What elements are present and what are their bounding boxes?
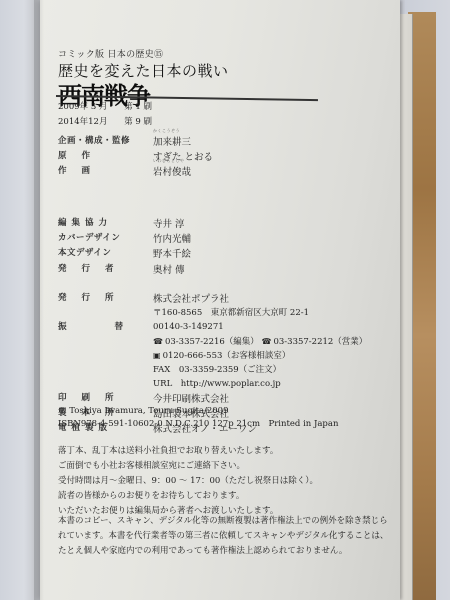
transfer-account: 00140-3-149271 xyxy=(153,320,224,334)
credit-name: 岩村俊哉 xyxy=(153,167,191,178)
print-edition: 第 9 刷 xyxy=(124,115,152,130)
production-label: 印刷所 xyxy=(58,391,150,403)
fax-line: FAX 03-3359-2359（ご注文） xyxy=(58,363,367,377)
tel-sales: 03-3357-2212（営業） xyxy=(273,337,367,347)
copy-prohibition-notice: 本書のコピー、スキャン、デジタル化等の無断複製は著作権法上での例外を除き禁じら … xyxy=(58,514,388,559)
credit-ruby: いわむらとしや xyxy=(153,158,185,164)
credit-label: 企画・構成・監修 xyxy=(58,134,150,146)
credit-label: 編集協力 xyxy=(58,216,150,228)
copyright-line: © Toshiya Iwamura, Touru Sugita/2009 xyxy=(58,405,338,418)
notice-line: 受付時間は月～金曜日、9：00 ～ 17：00（ただし祝祭日は除く）。 xyxy=(58,474,318,489)
publisher-row: 発行所 株式会社ポプラ社 xyxy=(58,291,367,306)
freedial-number: 0120-666-553（お客様相談室） xyxy=(163,351,291,361)
issuer-value: 奥村 傳 xyxy=(153,262,185,276)
credit-name: 加来耕三 xyxy=(153,137,191,148)
notice-line: 読者の皆様からのお便りをお待ちしております。 xyxy=(58,489,318,504)
returns-notice: 落丁本、乱丁本は送料小社負担でお取り替えいたします。 ご面倒でも小社お客様相談室… xyxy=(58,444,318,519)
notice-line: たとえ個人や家庭内での利用であっても著作権法上認められておりません。 xyxy=(58,544,388,559)
print-history: 2009年 3 月 第 1 刷 2014年12月 第 9 刷 xyxy=(58,100,152,130)
credit-label: 作画 xyxy=(58,164,150,176)
credit-value: 寺井 淳 xyxy=(153,216,185,230)
credit-label: カバーデザイン xyxy=(58,231,150,243)
notice-line: ご面倒でも小社お客様相談室宛にご連絡下さい。 xyxy=(58,459,318,474)
freedial-icon: ▣ xyxy=(153,349,161,363)
series-name: コミック版 日本の歴史⑮ xyxy=(58,47,163,60)
credit-value: かくこうぞう 加来耕三 xyxy=(153,134,191,148)
print-date: 2014年12月 xyxy=(58,117,107,127)
credit-value: 野本千絵 xyxy=(153,246,191,260)
credit-value: いわむらとしや 岩村俊哉 xyxy=(153,164,191,178)
telephone-icon: ☎ xyxy=(262,335,272,349)
publisher-label: 発行所 xyxy=(58,291,150,303)
publisher-name: 株式会社ポプラ社 xyxy=(153,291,229,305)
copyright-block: © Toshiya Iwamura, Touru Sugita/2009 ISB… xyxy=(58,405,338,431)
credit-label: 原作 xyxy=(58,149,150,161)
issuer-label: 発行者 xyxy=(58,262,150,274)
tel-edit: 03-3357-2216（編集） xyxy=(165,337,259,347)
freedial-line: ▣0120-666-553（お客様相談室） xyxy=(58,349,367,363)
isbn-line: ISBN978-4-591-10602-0 N.D.C.210 127p 21c… xyxy=(58,418,338,431)
colophon-page: コミック版 日本の歴史⑮ 歴史を変えた日本の戦い 西南戦争 2009年 3 月 … xyxy=(40,0,400,600)
notice-line: 落丁本、乱丁本は送料小社負担でお取り替えいたします。 xyxy=(58,444,318,459)
notice-line: れています。本書を代行業者等の第三者に依頼してスキャンやデジタル化することは、 xyxy=(58,529,388,544)
page-gutter-shadow xyxy=(34,0,44,600)
print-history-row: 2009年 3 月 第 1 刷 xyxy=(58,100,152,115)
print-date: 2009年 3 月 xyxy=(58,102,107,112)
credit-value: 竹内光輔 xyxy=(153,231,191,245)
credit-ruby: かくこうぞう xyxy=(153,128,180,134)
print-history-row: 2014年12月 第 9 刷 xyxy=(58,115,152,130)
phone-line: ☎03-3357-2216（編集） ☎03-3357-2212（営業） xyxy=(58,335,367,349)
credit-label: 本文デザイン xyxy=(58,246,150,258)
notice-line: 本書のコピー、スキャン、デジタル化等の無断複製は著作権法上での例外を除き禁じら xyxy=(58,514,388,529)
telephone-icon: ☎ xyxy=(153,335,163,349)
transfer-label: 振替 xyxy=(58,320,150,332)
print-edition: 第 1 刷 xyxy=(124,100,152,115)
publisher-address: 〒160-8565 東京都新宿区大京町 22-1 xyxy=(58,306,367,320)
transfer-row: 振替 00140-3-149271 xyxy=(58,320,367,335)
production-row: 印刷所 今井印刷株式会社 xyxy=(58,391,367,406)
url-line: URL http://www.poplar.co.jp xyxy=(58,377,367,391)
production-value: 今井印刷株式会社 xyxy=(153,391,229,405)
